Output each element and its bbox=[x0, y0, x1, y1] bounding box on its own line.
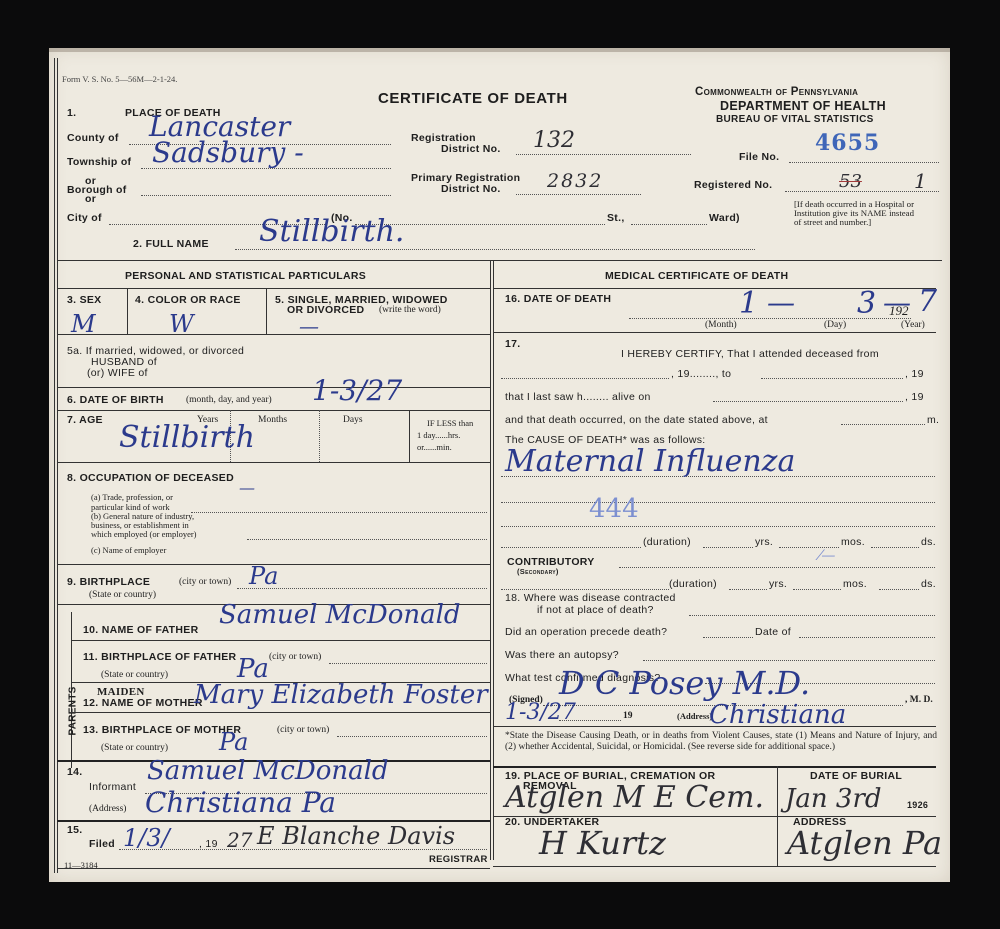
full-name-value: Stillbirth. bbox=[259, 214, 404, 249]
agency-line-2: DEPARTMENT OF HEALTH bbox=[720, 99, 886, 113]
registrar-label: REGISTRAR bbox=[429, 854, 488, 865]
age-months-divider bbox=[319, 410, 320, 462]
dod-year-prefix: 192 bbox=[889, 303, 909, 319]
last-saw-19-label: , 19 bbox=[905, 391, 924, 403]
hospital-note: [If death occurred in a Hospital or Inst… bbox=[794, 200, 914, 227]
filed-year-prefix: , 19 bbox=[199, 838, 218, 850]
dod-row-rule bbox=[493, 332, 936, 333]
age-days-label: Days bbox=[343, 415, 363, 425]
left-border bbox=[54, 58, 55, 873]
ds-label-1: ds. bbox=[921, 536, 936, 548]
primary-district-label: District No. bbox=[441, 183, 501, 195]
dob-label: 6. DATE OF BIRTH bbox=[67, 394, 164, 406]
cause-code-value: 444 bbox=[589, 494, 639, 524]
father-birthplace-note: (city or town) bbox=[269, 652, 321, 662]
m-label: m. bbox=[927, 414, 939, 426]
dob-note: (month, day, and year) bbox=[186, 395, 272, 405]
registered-no-value: 1 bbox=[914, 169, 927, 193]
father-name-value: Samuel McDonald bbox=[219, 600, 461, 630]
signed-date-line bbox=[559, 720, 621, 721]
burial-date-value: Jan 3rd bbox=[785, 784, 882, 814]
undertaker-value: H Kurtz bbox=[539, 824, 666, 862]
registered-no-struck: 53 bbox=[839, 171, 862, 192]
dod-month-value: 1 bbox=[739, 286, 758, 321]
spouse-row-rule bbox=[57, 387, 490, 388]
yrs-label-1: yrs. bbox=[755, 536, 773, 548]
column-divider-inner bbox=[493, 260, 494, 860]
cause-value: Maternal Influenza bbox=[505, 444, 795, 479]
informant-address-label: (Address) bbox=[89, 804, 126, 814]
duration-ds-line-1 bbox=[871, 547, 919, 548]
autopsy-question: Was there an autopsy? bbox=[505, 649, 619, 661]
county-label: County of bbox=[67, 132, 119, 144]
burial-date-label: DATE OF BURIAL bbox=[810, 770, 902, 782]
form-number: Form V. S. No. 5—56M—2-1-24. bbox=[62, 74, 177, 84]
sex-divider bbox=[127, 288, 128, 334]
informant-label: Informant bbox=[89, 781, 136, 793]
informant-name-value: Samuel McDonald bbox=[147, 756, 389, 786]
duration-label-2: (duration) bbox=[669, 578, 717, 590]
certificate-page: Form V. S. No. 5—56M—2-1-24. CERTIFICATE… bbox=[49, 48, 950, 882]
primary-district-value: 2832 bbox=[547, 170, 603, 192]
mother-birthplace-value: Pa bbox=[219, 728, 248, 756]
father-row-rule bbox=[71, 640, 490, 641]
occupation-c-label: (c) Name of employer bbox=[91, 545, 166, 555]
attended-19-label: , 19 bbox=[905, 368, 924, 380]
ward-line bbox=[631, 224, 707, 225]
age-months-label: Months bbox=[258, 415, 287, 425]
mother-birthplace-note: (city or town) bbox=[277, 725, 329, 735]
informant-address-value: Christiana Pa bbox=[145, 786, 336, 819]
ward-label: Ward) bbox=[709, 212, 740, 224]
registration-district-label: District No. bbox=[441, 143, 501, 155]
father-birthplace-line bbox=[329, 663, 487, 664]
autopsy-line bbox=[643, 660, 935, 661]
sex-label: 3. SEX bbox=[67, 294, 101, 306]
birthplace-value: Pa bbox=[249, 562, 278, 590]
q18-label-2: if not at place of death? bbox=[537, 604, 654, 616]
certify-number: 17. bbox=[505, 338, 521, 350]
contributory-mark: ⁄— bbox=[819, 548, 835, 564]
attended-to-label: , 19........, to bbox=[671, 368, 731, 380]
burial-place-value: Atglen M E Cem. bbox=[505, 780, 764, 815]
marital-note: (write the word) bbox=[379, 305, 441, 315]
agency-line-3: BUREAU OF VITAL STATISTICS bbox=[716, 114, 874, 125]
occupation-b-label-3: which employed (or employer) bbox=[91, 529, 197, 539]
physician-signature: D C Posey M.D. bbox=[559, 664, 810, 702]
document-title: CERTIFICATE OF DEATH bbox=[378, 90, 568, 107]
mother-birthplace-label: 13. BIRTHPLACE OF MOTHER bbox=[83, 724, 241, 736]
age-label: 7. AGE bbox=[67, 414, 103, 426]
township-label: Township of bbox=[67, 156, 131, 168]
duration-mos-line-2 bbox=[793, 589, 841, 590]
death-time-line bbox=[841, 424, 925, 425]
registration-district-value: 132 bbox=[533, 128, 575, 153]
filed-label: Filed bbox=[89, 838, 115, 850]
last-saw-label: that I last saw h........ alive on bbox=[505, 391, 651, 403]
borough-line bbox=[141, 195, 391, 196]
filed-number: 15. bbox=[67, 824, 83, 836]
birthplace-note: (city or town) bbox=[179, 577, 231, 587]
signed-date-value: 1-3/27 bbox=[505, 700, 576, 725]
full-name-line bbox=[235, 249, 755, 250]
occupation-a-label-1: (a) Trade, profession, or bbox=[91, 493, 173, 502]
occupation-value: — bbox=[239, 478, 255, 497]
township-value: Sadsbury - bbox=[152, 136, 304, 169]
cause-footnote: *State the Disease Causing Death, or in … bbox=[505, 731, 937, 752]
occupation-b-line bbox=[247, 539, 487, 540]
primary-line bbox=[516, 194, 641, 195]
cause-line-3 bbox=[501, 526, 935, 527]
operation-line bbox=[703, 637, 753, 638]
less-than-line-2: 1 day......hrs. bbox=[417, 430, 460, 440]
file-no-line bbox=[789, 162, 939, 163]
month-label: (Month) bbox=[705, 320, 737, 330]
age-row-rule bbox=[57, 462, 490, 463]
registrar-signature: E Blanche Davis bbox=[257, 822, 455, 850]
contributory-line bbox=[619, 567, 935, 568]
wife-label: (or) WIFE of bbox=[87, 367, 148, 379]
medical-heading: MEDICAL CERTIFICATE OF DEATH bbox=[605, 270, 788, 282]
dod-day-value: 3 bbox=[857, 286, 876, 321]
mother-name-value: Mary Elizabeth Foster bbox=[194, 680, 488, 710]
occupation-a-line bbox=[191, 512, 487, 513]
death-occurred-label: and that death occurred, on the date sta… bbox=[505, 414, 768, 426]
registered-no-label: Registered No. bbox=[694, 179, 772, 191]
date-of-label: Date of bbox=[755, 626, 791, 638]
or-label-2: or bbox=[85, 193, 96, 205]
mos-label-2: mos. bbox=[843, 578, 867, 590]
mother-name-label: 12. NAME OF MOTHER bbox=[83, 697, 203, 709]
ds-label-2: ds. bbox=[921, 578, 936, 590]
city-label: City of bbox=[67, 212, 102, 224]
section-1-number: 1. bbox=[67, 107, 76, 119]
duration-label-1: (duration) bbox=[643, 536, 691, 548]
q18-label-1: 18. Where was disease contracted bbox=[505, 592, 676, 604]
file-no-label: File No. bbox=[739, 151, 779, 163]
father-birthplace-label: 11. BIRTHPLACE OF FATHER bbox=[83, 651, 236, 663]
birthplace-label: 9. BIRTHPLACE bbox=[67, 576, 150, 588]
column-divider bbox=[490, 260, 491, 860]
full-name-label: 2. FULL NAME bbox=[133, 238, 209, 250]
mother-birthplace-state-label: (State or country) bbox=[101, 743, 168, 753]
race-divider bbox=[266, 288, 267, 334]
dob-value: 1-3/27 bbox=[312, 374, 402, 407]
filed-bottom-rule bbox=[57, 868, 490, 869]
physician-address-label: (Address) bbox=[677, 711, 712, 721]
less-than-line-1: IF LESS than bbox=[427, 418, 473, 428]
operation-question: Did an operation precede death? bbox=[505, 626, 667, 638]
certify-line: I HEREBY CERTIFY, That I attended deceas… bbox=[621, 348, 879, 360]
yrs-label-2: yrs. bbox=[769, 578, 787, 590]
filed-year-value: 27 bbox=[227, 828, 252, 852]
father-birthplace-state-label: (State or country) bbox=[101, 670, 168, 680]
agency-line-1: Commonwealth of Pennsylvania bbox=[695, 86, 858, 98]
burial-date-year: 1926 bbox=[907, 800, 928, 810]
q18-line bbox=[689, 615, 935, 616]
operation-date-line bbox=[799, 637, 935, 638]
birthplace-state-label: (State or country) bbox=[89, 590, 156, 600]
father-name-label: 10. NAME OF FATHER bbox=[83, 624, 198, 636]
informant-number: 14. bbox=[67, 766, 83, 778]
dod-year-value: 7 bbox=[918, 284, 937, 319]
last-saw-line bbox=[713, 401, 903, 402]
age-value: Stillbirth bbox=[119, 420, 255, 455]
mother-birthplace-line bbox=[337, 736, 487, 737]
signed-19-label: 19 bbox=[623, 711, 633, 721]
less-than-divider bbox=[409, 410, 410, 462]
attended-to-line bbox=[761, 378, 903, 379]
header-divider bbox=[57, 260, 942, 261]
duration-line-1 bbox=[501, 547, 641, 548]
duration-ds-line-2 bbox=[879, 589, 919, 590]
dod-label: 16. DATE OF DEATH bbox=[505, 293, 611, 305]
personal-heading-rule bbox=[57, 288, 490, 289]
footnote-bottom-rule bbox=[493, 766, 936, 768]
duration-yrs-line-2 bbox=[729, 589, 767, 590]
burial-bottom-rule bbox=[493, 866, 936, 867]
borough-label: Borough of bbox=[67, 184, 127, 196]
st-label: St., bbox=[607, 212, 625, 224]
day-label: (Day) bbox=[824, 320, 846, 330]
duration-yrs-line-1 bbox=[703, 547, 753, 548]
cause-line-2 bbox=[501, 502, 935, 503]
registration-line bbox=[516, 154, 691, 155]
less-than-line-3: or......min. bbox=[417, 442, 452, 452]
dob-row-rule bbox=[57, 410, 490, 411]
race-label: 4. COLOR OR RACE bbox=[135, 294, 241, 306]
sex-row-rule bbox=[57, 334, 490, 335]
left-border-inner bbox=[57, 58, 58, 873]
occupation-label: 8. OCCUPATION OF DECEASED bbox=[67, 472, 234, 484]
personal-heading: PERSONAL AND STATISTICAL PARTICULARS bbox=[125, 270, 366, 282]
attended-from-line bbox=[501, 378, 669, 379]
filed-date-value: 1/3/ bbox=[123, 824, 170, 852]
duration-line-2 bbox=[501, 589, 669, 590]
mother-row-rule bbox=[71, 712, 490, 713]
year-label: (Year) bbox=[901, 320, 925, 330]
md-label: , M. D. bbox=[905, 695, 933, 705]
file-no-stamp: 4655 bbox=[815, 130, 880, 156]
mos-label-1: mos. bbox=[841, 536, 865, 548]
dod-dash-1: — bbox=[767, 286, 795, 319]
parents-side-label: PARENTS bbox=[68, 692, 79, 736]
undertaker-address-value: Atglen Pa bbox=[787, 824, 942, 862]
signed-row-rule bbox=[493, 726, 936, 727]
secondary-label: (Secondary) bbox=[517, 567, 559, 576]
